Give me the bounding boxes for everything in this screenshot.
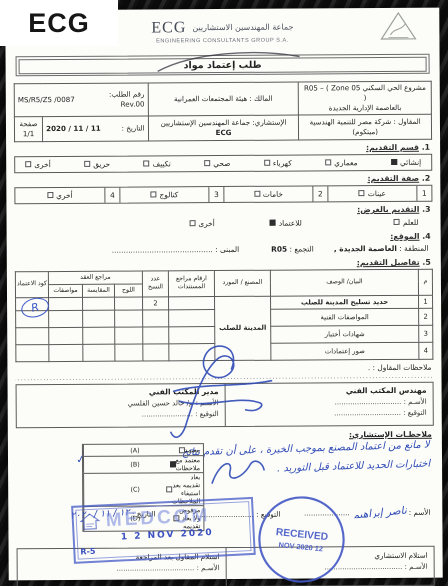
section3-heading: 3. التقديم بالغرض: bbox=[16, 205, 430, 217]
option-label: عينات bbox=[368, 189, 386, 198]
screenshot-canvas: ECG ECG جماعة المهندسين الاستشاريين ENGI… bbox=[0, 0, 448, 586]
option-label: حريق bbox=[93, 160, 110, 169]
col-sheets: اللوح bbox=[114, 284, 142, 297]
col-code: كود الاعتماد bbox=[15, 272, 48, 298]
manager-sign-line: التوقيع : ....................... bbox=[23, 409, 219, 421]
project-info-table: مشروع الحي السكني R05 – ( Zone 05 ) بالع… bbox=[14, 81, 432, 142]
option-other: أخرى bbox=[25, 160, 51, 169]
row-desc: المواصفات الفنية bbox=[271, 308, 419, 326]
type-index: 1 bbox=[416, 186, 431, 201]
checkbox-icon bbox=[204, 161, 210, 167]
owner-cell: المالك : هيئة المجتمعات العمرانية bbox=[148, 82, 299, 116]
row-sheets bbox=[115, 344, 143, 361]
checkbox-icon bbox=[270, 220, 276, 226]
section2-heading: 2. صفة التقديم: bbox=[16, 174, 430, 186]
received-stamp: 0102030405060102122230010203040506 RECEI… bbox=[250, 488, 353, 586]
row-no: 2 bbox=[419, 308, 433, 325]
contractor-company-stamp: MEDCOM 1 2 NOV 2020 R-5 bbox=[71, 497, 256, 564]
row-boq bbox=[83, 344, 115, 361]
consultant-line2: ECG bbox=[152, 128, 296, 139]
checkbox-icon bbox=[25, 162, 31, 168]
row-no: 4 bbox=[419, 342, 433, 359]
row-copies: 2 bbox=[143, 297, 169, 310]
cluster-group: التجمع : R05 bbox=[271, 245, 314, 254]
result-row-a: معتمد (A) bbox=[83, 444, 203, 457]
row-copies bbox=[143, 310, 169, 327]
submission-type-row: 1 عينات 2 خامات 3 كتالوج 4 أخري bbox=[14, 185, 432, 205]
type-other: أخري bbox=[15, 188, 104, 204]
date-value: 2020 / 11 / 11 bbox=[46, 124, 101, 134]
option-architectural: معماري bbox=[325, 158, 357, 167]
row-desc: صور إعتمادات bbox=[271, 342, 419, 360]
result-row-b: معتمد مع ملاحظات (B) bbox=[83, 457, 203, 475]
row-specs bbox=[49, 310, 83, 327]
consultant-cell: الإستشاري: جماعة المهندسين الإستشاريين E… bbox=[148, 115, 299, 141]
option-label: خامات bbox=[263, 190, 283, 199]
consultant-handwritten-note: لا مانع من اعتماد المصنع بموجب الخبرة ، … bbox=[181, 436, 430, 481]
row-refs bbox=[169, 344, 215, 361]
section2-number: 2. bbox=[422, 174, 430, 183]
type-index: 2 bbox=[312, 186, 327, 201]
checkbox-icon bbox=[264, 160, 270, 166]
checkbox-icon bbox=[144, 161, 150, 167]
request-no-cell: رقم الطلب: Rev.00 MS/R5/Z5 /0087 bbox=[14, 83, 148, 117]
section5-title: تفاصيل التقديم: bbox=[357, 258, 420, 267]
project-line2: بالعاصمة الإدارية الجديدة bbox=[302, 103, 428, 114]
date-label: التاريخ : bbox=[122, 123, 145, 133]
company-arabic-name: جماعة المهندسين الاستشاريين bbox=[192, 23, 293, 33]
option-structural: إنشائي bbox=[391, 158, 421, 167]
row-desc: حديد تسليح المدينة للصلب bbox=[271, 295, 419, 309]
row-sheets bbox=[115, 297, 143, 310]
section3-number: 3. bbox=[422, 205, 430, 214]
location-row: المنطقة : العاصمة الجديدة , التجمع : R05… bbox=[15, 243, 433, 258]
company-logo-block: ECG جماعة المهندسين الاستشاريين ENGINEER… bbox=[151, 18, 293, 44]
purpose-other: أخرى bbox=[189, 219, 215, 228]
option-label: إنشائي bbox=[400, 158, 421, 167]
manager-name-line: الأسـم : م/ خالد حسين الفلسي bbox=[23, 398, 219, 410]
supplier-cell: المدينة للصلب bbox=[215, 296, 271, 360]
option-label: أخري bbox=[56, 191, 73, 200]
type-materials: خامات bbox=[223, 186, 312, 202]
manager-signature-cell: مدير المكتب الفني الأسـم : م/ خالد حسين … bbox=[17, 384, 225, 427]
contractor-line1: المقاول : شركة مصر للتنمية الهندسية bbox=[302, 117, 428, 128]
checkbox-icon bbox=[391, 159, 397, 165]
checkbox-icon bbox=[150, 192, 156, 198]
discipline-options-row: إنشائي معماري كهرباء صحي تكييف حريق أخرى bbox=[14, 154, 432, 174]
result-label: معتمد bbox=[184, 446, 200, 454]
row-sheets bbox=[115, 327, 143, 344]
row-desc: شهادات أختبار bbox=[271, 325, 419, 343]
row-boq bbox=[83, 297, 115, 310]
company-english-name: ENGINEERING CONSULTANTS GROUP S.A. bbox=[151, 37, 293, 44]
row-code bbox=[16, 328, 49, 345]
project-line1: مشروع الحي السكني R05 – ( Zone 05 ) bbox=[302, 83, 428, 104]
option-label: تكييف bbox=[153, 159, 171, 168]
col-boq: المقايسة bbox=[82, 284, 114, 297]
row-sheets bbox=[115, 310, 143, 327]
form-title: طلب إعتماد مواد bbox=[18, 56, 427, 73]
type-samples: عينات bbox=[327, 186, 416, 202]
ecg-logo-text: ECG bbox=[151, 19, 186, 37]
row-refs bbox=[169, 327, 215, 344]
col-specs: مواصفات bbox=[48, 284, 82, 297]
engineer-name-line: الأسـم : .............................. bbox=[232, 396, 427, 408]
consultant-line1: الإستشاري: جماعة المهندسين الإستشاريين bbox=[152, 118, 296, 129]
option-label: للاعتماد bbox=[279, 218, 302, 227]
section4-heading: 4. الموقع: bbox=[17, 232, 431, 244]
option-label: أخرى bbox=[198, 219, 215, 228]
option-label: صحي bbox=[213, 159, 230, 168]
contractor-receipt-name: الأسـم : ...............................… bbox=[24, 563, 220, 576]
triangle-emblem-icon bbox=[379, 11, 417, 43]
type-index: 3 bbox=[208, 187, 223, 202]
option-label: معماري bbox=[334, 158, 357, 167]
engineer-title: مهندس المكتب الفني bbox=[232, 385, 427, 398]
purpose-options-row: للعلم للاعتماد أخرى bbox=[15, 216, 433, 232]
option-label: كهرباء bbox=[273, 159, 292, 168]
section5-number: 5. bbox=[422, 258, 430, 267]
row-specs bbox=[49, 344, 83, 361]
row-no: 3 bbox=[419, 325, 433, 342]
cluster-label: التجمع : bbox=[289, 245, 313, 254]
contractor-line2: (ميتكوم) bbox=[302, 127, 428, 138]
stamp-code: R-5 bbox=[80, 547, 95, 557]
page-label: صفحة bbox=[18, 119, 39, 129]
row-specs bbox=[49, 297, 83, 310]
date-cell: التاريخ : 2020 / 11 / 11 bbox=[43, 116, 149, 142]
row-copies bbox=[143, 344, 169, 361]
handwritten-name: ناصر إبراهيم bbox=[352, 506, 407, 519]
manager-title: مدير المكتب الفني bbox=[23, 386, 219, 399]
col-no: م bbox=[418, 269, 432, 295]
row-boq bbox=[83, 327, 115, 344]
document-page: ECG جماعة المهندسين الاستشاريين ENGINEER… bbox=[5, 8, 442, 581]
option-sanitary: صحي bbox=[204, 159, 230, 168]
checkbox-icon bbox=[84, 161, 90, 167]
request-rev: Rev.00 bbox=[109, 100, 145, 110]
col-copies: عدد النسخ bbox=[142, 271, 168, 297]
row-code bbox=[16, 345, 49, 362]
section4-title: الموقع: bbox=[390, 232, 419, 241]
option-electrical: كهرباء bbox=[264, 159, 292, 168]
row-no: 1 bbox=[419, 295, 433, 308]
request-label: رقم الطلب: bbox=[109, 90, 145, 100]
name-label: الأسم : bbox=[409, 508, 431, 517]
col-desc: البيان/ الوصف bbox=[270, 269, 418, 296]
checkbox-icon bbox=[359, 191, 365, 197]
checkbox-icon bbox=[189, 221, 195, 227]
checkbox-icon bbox=[325, 160, 331, 166]
region-label: المنطقة : bbox=[399, 244, 428, 253]
section1-number: 1. bbox=[422, 143, 430, 152]
option-label: أخرى bbox=[34, 160, 51, 169]
engineer-sign-line: التوقيع : .............................. bbox=[232, 407, 427, 419]
checkbox-icon bbox=[254, 191, 260, 197]
row-refs bbox=[169, 297, 215, 310]
project-cell: مشروع الحي السكني R05 – ( Zone 05 ) بالع… bbox=[299, 81, 432, 115]
type-index: 4 bbox=[104, 188, 119, 203]
section4-number: 4. bbox=[422, 232, 430, 241]
section2-title: صفة التقديم: bbox=[367, 174, 419, 183]
contractor-notes-dotted-line: ........................................… bbox=[15, 372, 433, 383]
checkbox-icon bbox=[47, 192, 53, 198]
cluster-value: R05 bbox=[271, 245, 287, 254]
signature-block: مهندس المكتب الفني الأسـم : ............… bbox=[16, 382, 434, 429]
received-date: 12 NOV 2020 bbox=[278, 540, 323, 553]
region-group: المنطقة : العاصمة الجديدة , bbox=[334, 244, 429, 254]
result-letter: (B) bbox=[83, 457, 186, 474]
type-catalog: كتالوج bbox=[119, 187, 208, 203]
option-hvac: تكييف bbox=[144, 159, 171, 168]
section1-title: قسم التقديم: bbox=[366, 143, 419, 152]
request-number: MS/R5/Z5 /0087 bbox=[18, 95, 75, 105]
form-title-bar: طلب إعتماد مواد bbox=[16, 54, 430, 77]
contractor-cell: المقاول : شركة مصر للتنمية الهندسية (ميت… bbox=[299, 114, 432, 140]
checkbox-icon bbox=[394, 219, 400, 225]
ecg-watermark: ECG bbox=[0, 0, 118, 46]
row-copies bbox=[143, 327, 169, 344]
building-group: المبنى : ...............................… bbox=[19, 245, 239, 255]
page-cell: صفحة 1/1 bbox=[14, 117, 42, 142]
submission-details-table: م البيان/ الوصف المصنع / المورد ارقام مر… bbox=[15, 269, 434, 363]
section3-title: التقديم بالغرض: bbox=[357, 205, 419, 214]
region-value: العاصمة الجديدة , bbox=[334, 244, 397, 253]
row-specs bbox=[49, 327, 83, 344]
col-supplier: المصنع / المورد bbox=[214, 270, 270, 296]
row-refs bbox=[169, 310, 215, 327]
engineer-signature-cell: مهندس المكتب الفني الأسـم : ............… bbox=[225, 383, 433, 426]
section1-heading: 1. قسم التقديم: bbox=[16, 143, 430, 155]
consultant-notes-area: ملاحظـات الإستشاري: لا مانع من اعتماد ال… bbox=[16, 430, 434, 501]
result-letter: (A) bbox=[83, 444, 186, 456]
option-label: كتالوج bbox=[159, 190, 178, 199]
row-boq bbox=[83, 310, 115, 327]
option-label: للعلم bbox=[403, 218, 419, 227]
purpose-info: للعلم bbox=[394, 218, 419, 227]
page-value: 1/1 bbox=[18, 129, 39, 139]
section5-heading: 5. تفاصيل التقديم: bbox=[17, 258, 431, 270]
option-fire: حريق bbox=[84, 160, 110, 169]
purpose-approval: للاعتماد bbox=[270, 218, 302, 227]
col-contract-group: مراجع العقد bbox=[48, 271, 142, 285]
col-refs: ارقام مراجع المستندات bbox=[168, 271, 214, 297]
